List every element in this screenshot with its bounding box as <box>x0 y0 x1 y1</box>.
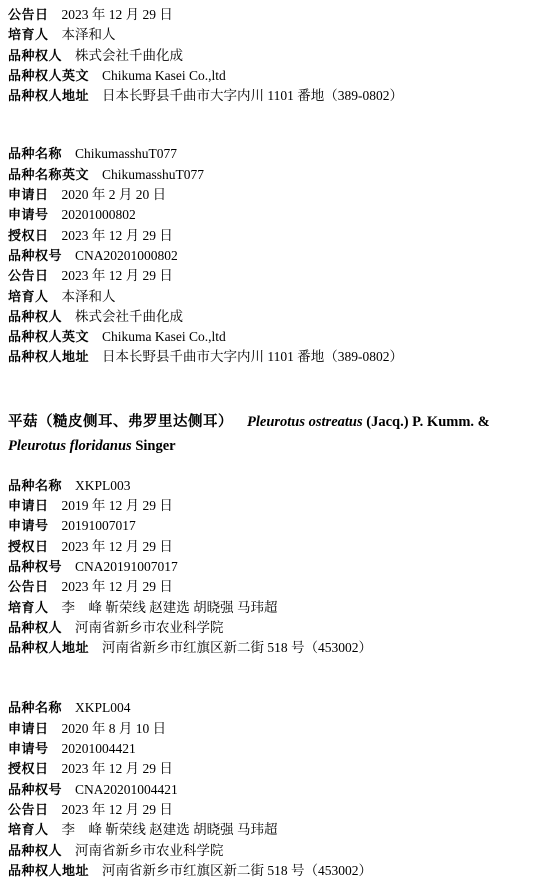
record-field-row: 申请号20191007017 <box>8 516 546 536</box>
field-value: 2023 年 12 月 29 日 <box>62 268 173 283</box>
record-field-row: 品种名称ChikumasshuT077 <box>8 144 546 164</box>
field-label: 品种权号 <box>8 559 62 574</box>
record-field-row: 品种名称英文ChikumasshuT077 <box>8 165 546 185</box>
field-value: 2023 年 12 月 29 日 <box>62 802 173 817</box>
record-field-row: 品种权号CNA20191007017 <box>8 557 546 577</box>
field-value: 20201000802 <box>62 207 136 222</box>
field-label: 品种名称 <box>8 146 62 161</box>
field-label: 品种权人 <box>8 309 62 324</box>
field-value: 本泽和人 <box>62 289 116 304</box>
record-field-row: 品种权号CNA20201000802 <box>8 246 546 266</box>
record-block-xkpl004: 品种名称XKPL004申请日2020 年 8 月 10 日申请号20201004… <box>8 698 546 881</box>
record-field-row: 培育人李 峰 靳荣线 赵建选 胡晓强 马玮超 <box>8 598 546 618</box>
field-label: 公告日 <box>8 802 49 817</box>
field-value: CNA20191007017 <box>75 559 178 574</box>
field-label: 品种权号 <box>8 782 62 797</box>
record-field-row: 申请号20201004421 <box>8 739 546 759</box>
field-label: 品种权人 <box>8 48 62 63</box>
field-label: 申请日 <box>8 187 49 202</box>
record-field-row: 品种权人株式会社千曲化成 <box>8 307 546 327</box>
field-label: 品种权人地址 <box>8 640 89 655</box>
field-label: 品种权人英文 <box>8 68 89 83</box>
field-value: 日本长野县千曲市大字内川 1101 番地（389-0802） <box>102 88 403 103</box>
record-field-row: 品种权人英文Chikuma Kasei Co.,ltd <box>8 66 546 86</box>
field-label: 品种权人英文 <box>8 329 89 344</box>
field-label: 品种权号 <box>8 248 62 263</box>
field-value: 2020 年 8 月 10 日 <box>62 721 167 736</box>
field-label: 品种权人地址 <box>8 863 89 878</box>
field-value: 20191007017 <box>62 518 136 533</box>
record-field-row: 品种权人河南省新乡市农业科学院 <box>8 618 546 638</box>
field-value: 河南省新乡市红旗区新二街 518 号（453002） <box>102 640 372 655</box>
field-label: 授权日 <box>8 539 49 554</box>
record-field-row: 品种权人英文Chikuma Kasei Co.,ltd <box>8 327 546 347</box>
field-label: 品种权人 <box>8 843 62 858</box>
record-field-row: 授权日2023 年 12 月 29 日 <box>8 759 546 779</box>
latin-authority-1: (Jacq.) P. Kumm. & <box>363 414 490 430</box>
field-value: 株式会社千曲化成 <box>75 309 183 324</box>
field-value: 河南省新乡市红旗区新二街 518 号（453002） <box>102 863 372 878</box>
field-value: 2023 年 12 月 29 日 <box>62 228 173 243</box>
record-field-row: 品种权人地址河南省新乡市红旗区新二街 518 号（453002） <box>8 861 546 881</box>
record-field-row: 公告日2023 年 12 月 29 日 <box>8 800 546 820</box>
record-field-row: 授权日2023 年 12 月 29 日 <box>8 537 546 557</box>
field-value: 2019 年 12 月 29 日 <box>62 498 173 513</box>
field-value: Chikuma Kasei Co.,ltd <box>102 68 226 83</box>
field-label: 申请号 <box>8 741 49 756</box>
record-field-row: 培育人本泽和人 <box>8 287 546 307</box>
field-label: 申请日 <box>8 721 49 736</box>
field-label: 培育人 <box>8 289 49 304</box>
record-field-row: 公告日2023 年 12 月 29 日 <box>8 5 546 25</box>
record-block-xkpl003: 品种名称XKPL003申请日2019 年 12 月 29 日申请号2019100… <box>8 476 546 659</box>
record-block-continuation: 公告日2023 年 12 月 29 日培育人本泽和人品种权人株式会社千曲化成品种… <box>8 5 546 106</box>
field-label: 品种权人地址 <box>8 88 89 103</box>
record-field-row: 品种权人地址日本长野县千曲市大字内川 1101 番地（389-0802） <box>8 347 546 367</box>
field-label: 品种名称 <box>8 700 62 715</box>
field-label: 申请日 <box>8 498 49 513</box>
record-field-row: 培育人本泽和人 <box>8 25 546 45</box>
field-value: 河南省新乡市农业科学院 <box>75 620 224 635</box>
record-field-row: 申请号20201000802 <box>8 205 546 225</box>
field-label: 授权日 <box>8 761 49 776</box>
record-field-row: 品种权人地址河南省新乡市红旗区新二街 518 号（453002） <box>8 638 546 658</box>
field-label: 培育人 <box>8 27 49 42</box>
field-value: XKPL004 <box>75 700 131 715</box>
record-field-row: 申请日2020 年 8 月 10 日 <box>8 719 546 739</box>
field-label: 公告日 <box>8 7 49 22</box>
record-field-row: 品种名称XKPL004 <box>8 698 546 718</box>
field-value: 20201004421 <box>62 741 136 756</box>
field-label: 品种权人地址 <box>8 349 89 364</box>
species-name-chinese: 平菇（糙皮侧耳、弗罗里达侧耳） <box>8 414 233 430</box>
record-block-chikumasshu-t077: 品种名称ChikumasshuT077品种名称英文ChikumasshuT077… <box>8 144 546 367</box>
field-value: 2023 年 12 月 29 日 <box>62 579 173 594</box>
field-label: 品种名称 <box>8 478 62 493</box>
field-value: Chikuma Kasei Co.,ltd <box>102 329 226 344</box>
latin-genus-species-1: Pleurotus ostreatus <box>247 414 363 430</box>
record-field-row: 品种权人地址日本长野县千曲市大字内川 1101 番地（389-0802） <box>8 86 546 106</box>
record-field-row: 品种名称XKPL003 <box>8 476 546 496</box>
field-value: CNA20201000802 <box>75 248 178 263</box>
field-label: 申请号 <box>8 518 49 533</box>
field-value: 2023 年 12 月 29 日 <box>62 7 173 22</box>
field-value: 日本长野县千曲市大字内川 1101 番地（389-0802） <box>102 349 403 364</box>
gazette-page: 公告日2023 年 12 月 29 日培育人本泽和人品种权人株式会社千曲化成品种… <box>0 0 554 881</box>
field-label: 申请号 <box>8 207 49 222</box>
field-value: 株式会社千曲化成 <box>75 48 183 63</box>
record-field-row: 申请日2020 年 2 月 20 日 <box>8 185 546 205</box>
field-label: 公告日 <box>8 579 49 594</box>
field-label: 培育人 <box>8 600 49 615</box>
latin-genus-species-2: Pleurotus floridanus <box>8 438 132 454</box>
field-label: 授权日 <box>8 228 49 243</box>
latin-authority-2: Singer <box>132 438 176 454</box>
species-section-heading: 平菇（糙皮侧耳、弗罗里达侧耳）Pleurotus ostreatus (Jacq… <box>8 410 546 459</box>
record-field-row: 公告日2023 年 12 月 29 日 <box>8 266 546 286</box>
record-field-row: 品种权号CNA20201004421 <box>8 780 546 800</box>
record-field-row: 公告日2023 年 12 月 29 日 <box>8 577 546 597</box>
record-field-row: 授权日2023 年 12 月 29 日 <box>8 226 546 246</box>
field-label: 公告日 <box>8 268 49 283</box>
field-value: XKPL003 <box>75 478 131 493</box>
field-value: CNA20201004421 <box>75 782 178 797</box>
record-field-row: 品种权人株式会社千曲化成 <box>8 46 546 66</box>
field-value: ChikumasshuT077 <box>102 167 204 182</box>
field-value: 河南省新乡市农业科学院 <box>75 843 224 858</box>
field-value: 2023 年 12 月 29 日 <box>62 761 173 776</box>
record-field-row: 申请日2019 年 12 月 29 日 <box>8 496 546 516</box>
field-label: 培育人 <box>8 822 49 837</box>
field-value: 李 峰 靳荣线 赵建选 胡晓强 马玮超 <box>62 600 278 615</box>
field-value: 李 峰 靳荣线 赵建选 胡晓强 马玮超 <box>62 822 278 837</box>
field-label: 品种权人 <box>8 620 62 635</box>
record-field-row: 品种权人河南省新乡市农业科学院 <box>8 841 546 861</box>
field-value: 2023 年 12 月 29 日 <box>62 539 173 554</box>
record-field-row: 培育人李 峰 靳荣线 赵建选 胡晓强 马玮超 <box>8 820 546 840</box>
field-value: ChikumasshuT077 <box>75 146 177 161</box>
field-value: 2020 年 2 月 20 日 <box>62 187 167 202</box>
field-label: 品种名称英文 <box>8 167 89 182</box>
field-value: 本泽和人 <box>62 27 116 42</box>
